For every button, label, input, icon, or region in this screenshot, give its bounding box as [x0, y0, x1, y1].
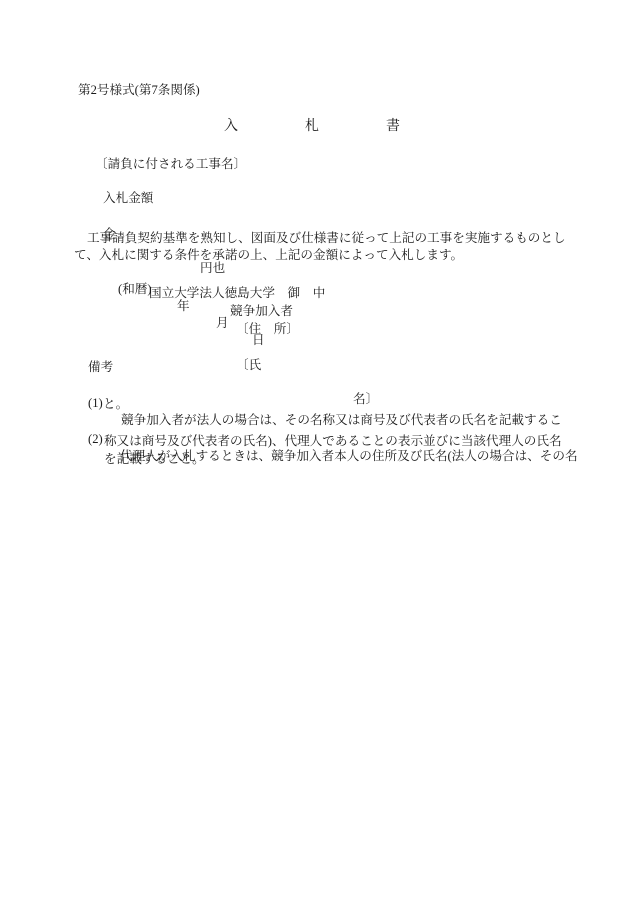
declaration-line-2: て、入札に関する条件を承諾の上、上記の金額によって入札します。: [74, 247, 463, 264]
bid-amount-label: 入札金額: [103, 190, 153, 207]
document-title: 入札書: [224, 118, 467, 135]
remark-2-line-2: 称又は商号及び代表者の氏名)、代理人であることの表示並びに当該代理人の氏名: [104, 433, 562, 450]
remark-1-number: (1): [88, 395, 103, 412]
form-number: 第2号様式(第7条関係): [78, 82, 200, 99]
remarks-heading: 備考: [88, 359, 113, 376]
month-label: 月: [216, 315, 229, 332]
declaration-line-1: 工事請負契約基準を熟知し、図面及び仕様書に従って上記の工事を実施するものとし: [74, 230, 566, 247]
bidder-label: 競争加入者: [230, 303, 293, 320]
address-label: 〔住 所〕: [236, 321, 299, 338]
work-name-label: 〔請負に付される工事名〕: [95, 156, 246, 173]
remark-1-line-2: と。: [103, 396, 128, 413]
addressee: 国立大学法人徳島大学 御 中: [149, 285, 325, 302]
remark-2-number: (2): [88, 431, 103, 448]
era-label: (和暦): [118, 281, 152, 298]
name-label-open: 〔氏: [236, 357, 261, 374]
bid-form-page: 第2号様式(第7条関係) 入札書 〔請負に付される工事名〕 入札金額 金 円也 …: [0, 0, 630, 903]
remark-2-line-3: を記載すること。: [104, 451, 205, 468]
